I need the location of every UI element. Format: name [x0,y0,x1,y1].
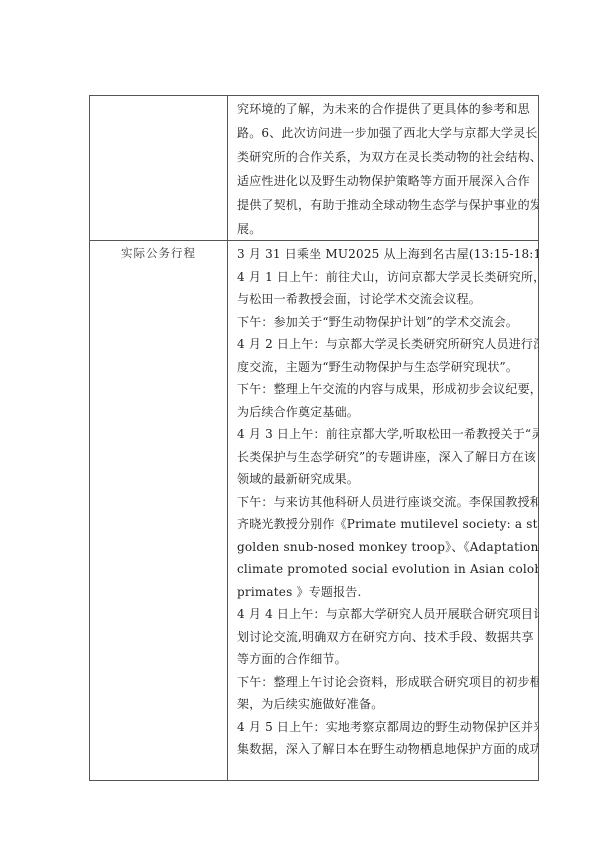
text-line: 类研究所的合作关系，为双方在灵长类动物的社会结构、 [237,145,534,169]
row-label-cell [90,96,228,240]
text-line: 下午：参加关于“野生动物保护计划”的学术交流会。 [237,311,534,334]
text-line: 4 月 2 日上午：与京都大学灵长类研究所研究人员进行深 [237,333,534,356]
table-row-outcomes: 究环境的了解，为未来的合作提供了更具体的参考和思 路。6、此次访问进一步加强了西… [90,96,538,241]
text-line: 4 月 4 日上午：与京都大学研究人员开展联合研究项目计 [237,603,534,626]
text-line: 究环境的了解，为未来的合作提供了更具体的参考和思 [237,97,534,121]
text-line: 度交流，主题为“野生动物保护与生态学研究现状”。 [237,356,534,379]
text-line: golden snub-nosed monkey troop》、《Adaptat… [237,536,534,559]
text-line: primates 》专题报告. [237,581,534,604]
text-line: 3 月 31 日乘坐 MU2025 从上海到名古屋(13:15-18:15) [237,243,534,266]
row-label-cell: 实际公务行程 [90,240,228,780]
text-line: 提供了契机，有助于推动全球动物生态学与保护事业的发 [237,193,534,217]
table-row-itinerary: 实际公务行程 3 月 31 日乘坐 MU2025 从上海到名古屋(13:15-1… [90,240,538,780]
text-line: 为后续合作奠定基础。 [237,401,534,424]
row-content-cell: 究环境的了解，为未来的合作提供了更具体的参考和思 路。6、此次访问进一步加强了西… [228,96,538,240]
row-content-cell: 3 月 31 日乘坐 MU2025 从上海到名古屋(13:15-18:15) 4… [228,240,538,780]
text-line: 划讨论交流,明确双方在研究方向、技术手段、数据共享 [237,626,534,649]
text-line: 齐晓光教授分别作《Primate mutilevel society: a st… [237,513,534,536]
text-line: 路。6、此次访问进一步加强了西北大学与京都大学灵长 [237,121,534,145]
itinerary-table: 究环境的了解，为未来的合作提供了更具体的参考和思 路。6、此次访问进一步加强了西… [89,95,539,781]
text-line: 等方面的合作细节。 [237,648,534,671]
row-label: 实际公务行程 [90,245,227,261]
text-line: 4 月 5 日上午：实地考察京都周边的野生动物保护区并采 [237,716,534,739]
text-line: 适应性进化以及野生动物保护策略等方面开展深入合作 [237,169,534,193]
text-line: 与松田一希教授会面，讨论学术交流会议程。 [237,288,534,311]
text-line: 长类保护与生态学研究”的专题讲座，深入了解日方在该 [237,446,534,469]
text-line: 领域的最新研究成果。 [237,468,534,491]
text-line: 架，为后续实施做好准备。 [237,693,534,716]
text-line: climate promoted social evolution in Asi… [237,558,534,581]
text-line: 4 月 1 日上午：前往犬山，访问京都大学灵长类研究所， [237,266,534,289]
text-line: 下午：整理上午交流的内容与成果，形成初步会议纪要， [237,378,534,401]
text-line: 集数据，深入了解日本在野生动物栖息地保护方面的成功 [237,738,534,761]
text-line: 4 月 3 日上午：前往京都大学,听取松田一希教授关于“灵 [237,423,534,446]
text-line: 下午：整理上午讨论会资料，形成联合研究项目的初步框 [237,671,534,694]
text-line: 下午：与来访其他科研人员进行座谈交流。李保国教授和 [237,491,534,514]
text-line: 展。 [237,217,534,240]
